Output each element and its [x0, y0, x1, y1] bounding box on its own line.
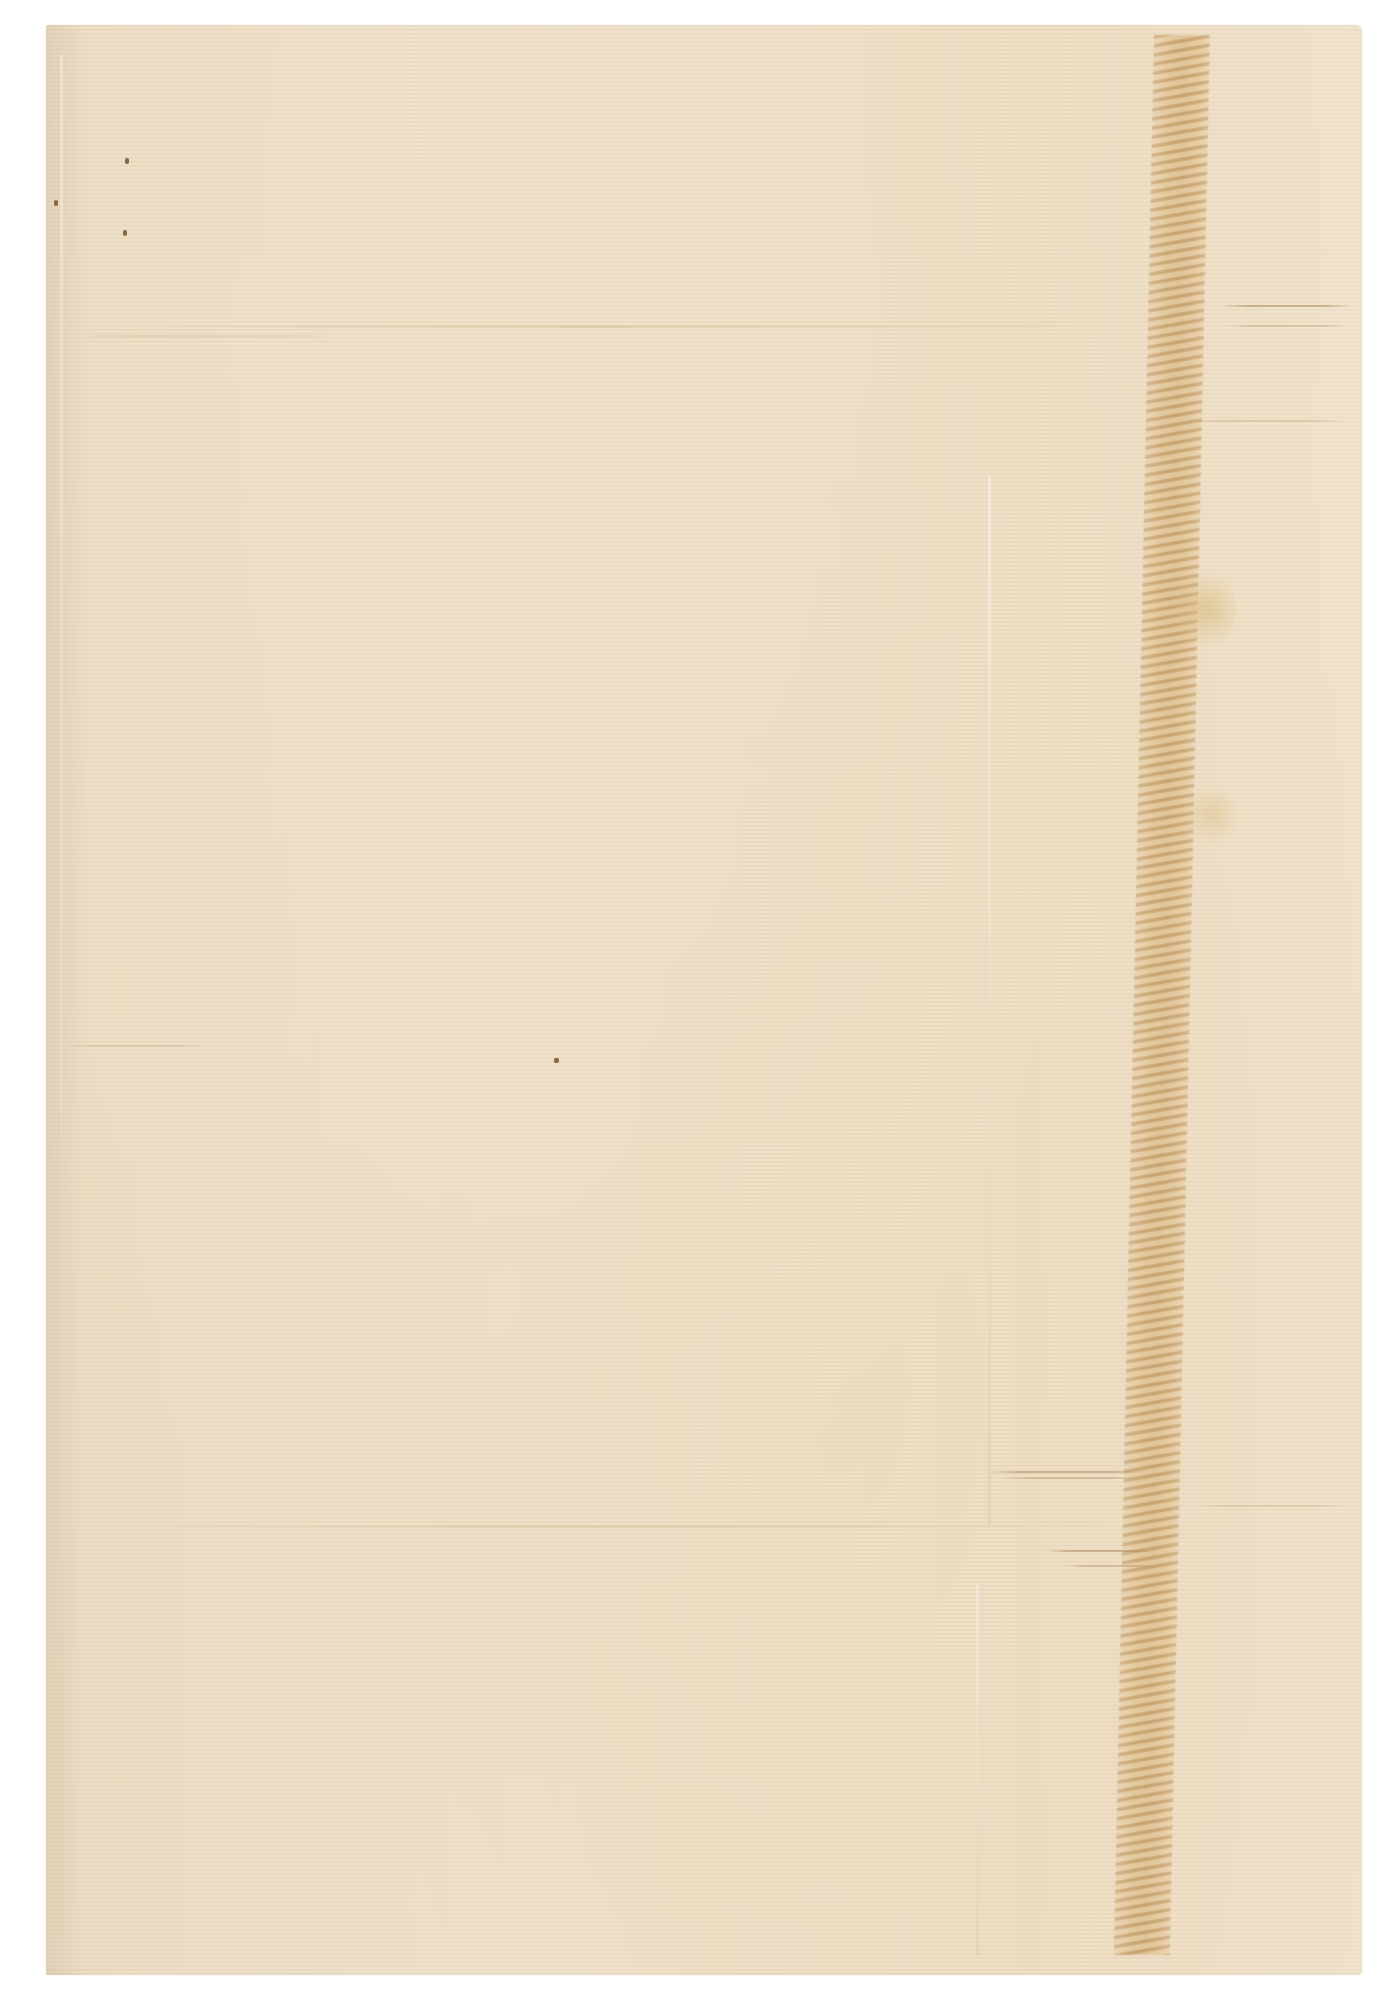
fleck — [554, 1058, 559, 1063]
rug-left-shading — [46, 25, 86, 1975]
fleck — [54, 200, 58, 206]
inner-border-line-right — [988, 475, 991, 1525]
inner-border-line-left — [60, 55, 63, 1935]
inner-border-line-lower — [976, 1585, 979, 1955]
inner-border-line-top — [66, 325, 1126, 328]
crease-line — [76, 335, 336, 337]
stain — [1176, 565, 1236, 655]
crease-line — [986, 1471, 1146, 1473]
crease-line — [1196, 1505, 1346, 1507]
stain — [1181, 785, 1241, 845]
crease-line — [1001, 1477, 1141, 1479]
inner-border-line-bottom — [66, 1525, 1126, 1528]
crease-line — [1186, 420, 1346, 422]
crease-line — [1226, 325, 1346, 327]
rug — [46, 25, 1362, 1975]
crease-line — [1221, 305, 1351, 307]
crease-line — [1046, 1550, 1156, 1552]
shag-stripe — [1114, 35, 1210, 1955]
crease-line — [66, 1045, 206, 1047]
crease-line — [1066, 1565, 1156, 1567]
fleck — [125, 158, 129, 164]
fleck — [123, 230, 127, 236]
